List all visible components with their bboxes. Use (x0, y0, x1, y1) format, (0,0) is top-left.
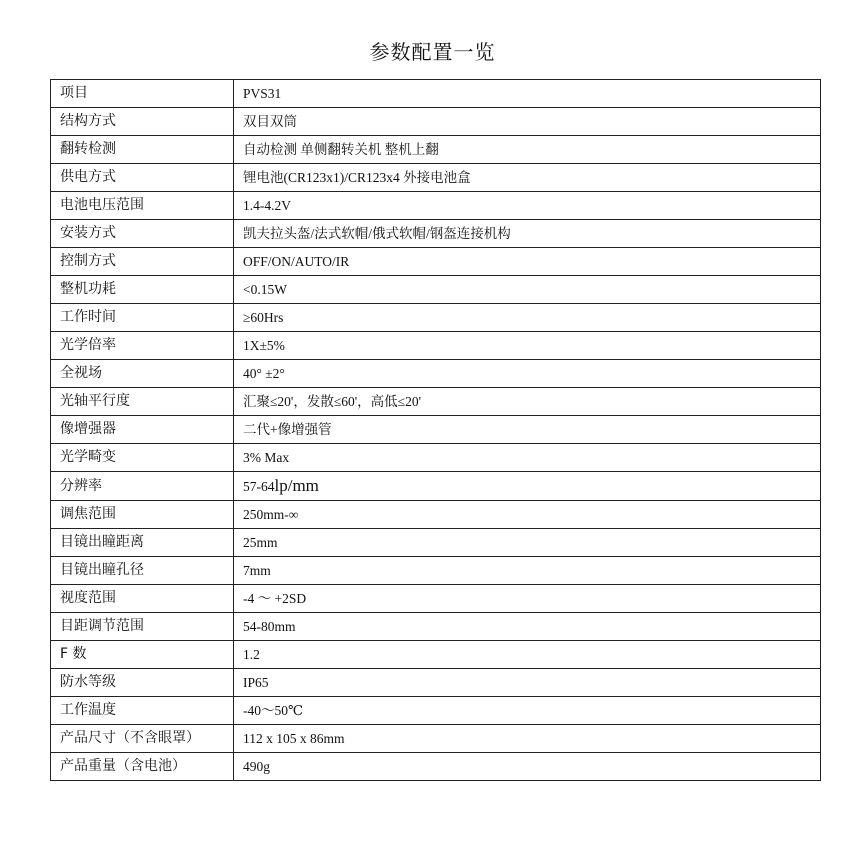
row-label: 全视场 (51, 360, 234, 388)
row-value: 250mm-∞ (234, 501, 821, 529)
spec-table: 项目PVS31 结构方式双目双筒 翻转检测自动检测 单侧翻转关机 整机上翻 供电… (50, 79, 821, 781)
row-value: 7mm (234, 557, 821, 585)
table-row: 安装方式凯夫拉头盔/法式软帽/俄式软帽/钢盔连接机构 (51, 220, 821, 248)
table-row: 工作时间≥60Hrs (51, 304, 821, 332)
row-label: 整机功耗 (51, 276, 234, 304)
table-row: 项目PVS31 (51, 80, 821, 108)
table-row: 结构方式双目双筒 (51, 108, 821, 136)
row-value: PVS31 (234, 80, 821, 108)
row-label: 项目 (51, 80, 234, 108)
table-row: 分辨率57-64lp/mm (51, 472, 821, 501)
row-label: 产品重量（含电池） (51, 753, 234, 781)
table-row: 全视场40° ±2° (51, 360, 821, 388)
table-row: 整机功耗<0.15W (51, 276, 821, 304)
row-value: 40° ±2° (234, 360, 821, 388)
row-label: 光轴平行度 (51, 388, 234, 416)
row-label: 分辨率 (51, 472, 234, 501)
row-value: 自动检测 单侧翻转关机 整机上翻 (234, 136, 821, 164)
row-value: OFF/ON/AUTO/IR (234, 248, 821, 276)
row-value: 490g (234, 753, 821, 781)
row-value: ≥60Hrs (234, 304, 821, 332)
row-value: 57-64lp/mm (234, 472, 821, 501)
table-row: 调焦范围250mm-∞ (51, 501, 821, 529)
table-row: 光轴平行度汇聚≤20'，发散≤60'，高低≤20' (51, 388, 821, 416)
row-label: 目镜出瞳距离 (51, 529, 234, 557)
row-label: 产品尺寸（不含眼罩） (51, 725, 234, 753)
table-row: 目镜出瞳距离25mm (51, 529, 821, 557)
row-value: 1X±5% (234, 332, 821, 360)
table-row: 供电方式锂电池(CR123x1)/CR123x4 外接电池盒 (51, 164, 821, 192)
row-label: 视度范围 (51, 585, 234, 613)
table-row: F 数1.2 (51, 641, 821, 669)
row-label: 像增强器 (51, 416, 234, 444)
row-label: 供电方式 (51, 164, 234, 192)
resolution-range: 57-64 (243, 479, 275, 494)
row-value: 二代+像增强管 (234, 416, 821, 444)
row-label: 光学畸变 (51, 444, 234, 472)
table-row: 视度范围-4 ～ +2SD (51, 585, 821, 613)
page-title: 参数配置一览 (0, 36, 865, 65)
row-label: 工作时间 (51, 304, 234, 332)
table-row: 像增强器二代+像增强管 (51, 416, 821, 444)
row-label: 防水等级 (51, 669, 234, 697)
table-row: 防水等级IP65 (51, 669, 821, 697)
row-value: 25mm (234, 529, 821, 557)
row-value: -40～50℃ (234, 697, 821, 725)
row-label: F 数 (51, 641, 234, 669)
row-value: -4 ～ +2SD (234, 585, 821, 613)
table-row: 电池电压范围1.4-4.2V (51, 192, 821, 220)
row-value: IP65 (234, 669, 821, 697)
table-row: 工作温度-40～50℃ (51, 697, 821, 725)
row-value: 1.4-4.2V (234, 192, 821, 220)
row-value: 54-80mm (234, 613, 821, 641)
row-label: 工作温度 (51, 697, 234, 725)
row-label: 翻转检测 (51, 136, 234, 164)
table-row: 产品重量（含电池）490g (51, 753, 821, 781)
table-row: 目距调节范围54-80mm (51, 613, 821, 641)
row-value: 凯夫拉头盔/法式软帽/俄式软帽/钢盔连接机构 (234, 220, 821, 248)
row-label: 结构方式 (51, 108, 234, 136)
row-label: 目镜出瞳孔径 (51, 557, 234, 585)
table-row: 光学畸变3% Max (51, 444, 821, 472)
row-value: 1.2 (234, 641, 821, 669)
row-label: 调焦范围 (51, 501, 234, 529)
table-row: 光学倍率1X±5% (51, 332, 821, 360)
table-row: 目镜出瞳孔径7mm (51, 557, 821, 585)
row-value: 双目双筒 (234, 108, 821, 136)
row-label: 目距调节范围 (51, 613, 234, 641)
table-row: 产品尺寸（不含眼罩）112 x 105 x 86mm (51, 725, 821, 753)
table-row: 翻转检测自动检测 单侧翻转关机 整机上翻 (51, 136, 821, 164)
table-row: 控制方式OFF/ON/AUTO/IR (51, 248, 821, 276)
row-value: 3% Max (234, 444, 821, 472)
row-value: 锂电池(CR123x1)/CR123x4 外接电池盒 (234, 164, 821, 192)
row-label: 光学倍率 (51, 332, 234, 360)
row-value: <0.15W (234, 276, 821, 304)
row-value: 112 x 105 x 86mm (234, 725, 821, 753)
row-value: 汇聚≤20'，发散≤60'，高低≤20' (234, 388, 821, 416)
row-label: 电池电压范围 (51, 192, 234, 220)
row-label: 控制方式 (51, 248, 234, 276)
resolution-unit: lp/mm (275, 476, 319, 495)
row-label: 安装方式 (51, 220, 234, 248)
